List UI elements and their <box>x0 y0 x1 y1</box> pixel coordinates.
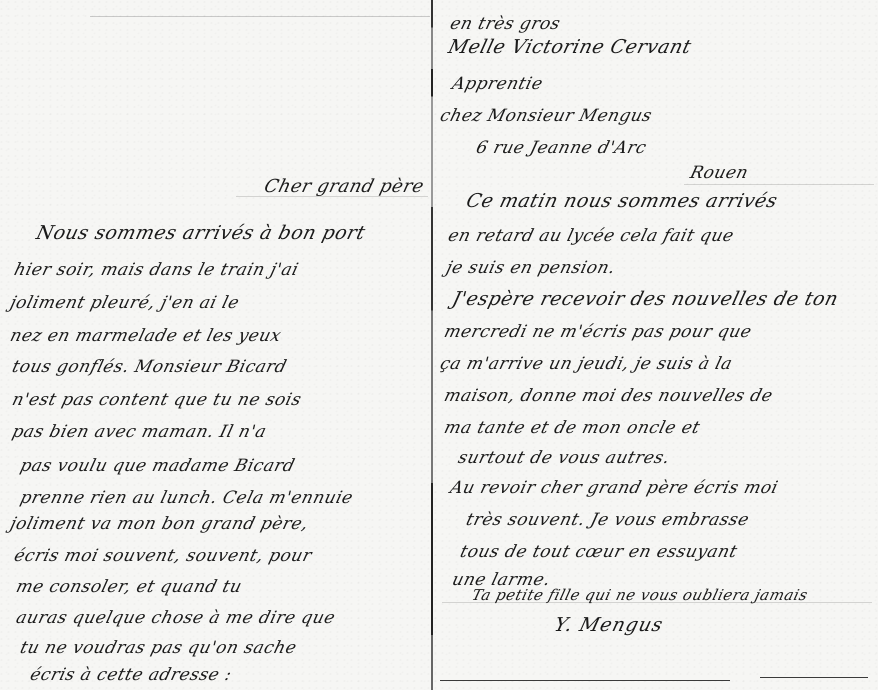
address-line: Melle Victorine Cervant <box>446 36 694 58</box>
letter-line: Au revoir cher grand père écris moi <box>448 478 780 498</box>
address-line: en très gros <box>448 14 563 34</box>
letter-line: pas bien avec maman. Il n'a <box>10 422 269 442</box>
letter-line: je suis en pension. <box>444 258 618 278</box>
letter-line: Ce matin nous sommes arrivés <box>464 190 780 212</box>
letter-line: en retard au lycée cela fait que <box>446 226 736 246</box>
address-line: chez Monsieur Mengus <box>438 106 654 126</box>
letter-line: tu ne voudras pas qu'on sache <box>18 638 299 658</box>
address-line: 6 rue Jeanne d'Arc <box>474 138 649 158</box>
address-line: Apprentie <box>450 74 545 94</box>
letter-line: mercredi ne m'écris pas pour que <box>442 322 754 342</box>
salutation: Cher grand père <box>262 176 426 197</box>
page-fold-divider <box>431 0 433 690</box>
signature: Y. Mengus <box>552 614 666 636</box>
letter-line: très souvent. Je vous embrasse <box>464 510 751 530</box>
letter-line: joliment pleuré, j'en ai le <box>8 293 241 313</box>
letter-line: surtout de vous autres. <box>456 448 672 468</box>
closing-line: Ta petite fille qui ne vous oubliera jam… <box>470 586 810 604</box>
letter-line: écris à cette adresse : <box>28 665 234 685</box>
letter-line: hier soir, mais dans le train j'ai <box>12 260 301 280</box>
letter-line: maison, donne moi des nouvelles de <box>442 386 775 406</box>
letter-line: joliment va mon bon grand père, <box>8 514 310 534</box>
letter-line: ça m'arrive un jeudi, je suis à la <box>438 354 735 374</box>
ruled-line <box>684 184 874 185</box>
letter-line: pas voulu que madame Bicard <box>18 456 297 476</box>
letter-line: n'est pas content que tu ne sois <box>10 390 304 410</box>
letter-line: auras quelque chose à me dire que <box>14 608 337 628</box>
letter-line: écris moi souvent, souvent, pour <box>12 546 314 566</box>
letter-line: nez en marmelade et les yeux <box>8 326 283 346</box>
left-page: Cher grand père Nous sommes arrivés à bo… <box>0 0 431 690</box>
scanned-letter: Cher grand père Nous sommes arrivés à bo… <box>0 0 878 690</box>
letter-line: tous de tout cœur en essuyant <box>458 542 739 562</box>
bottom-rule <box>760 677 868 678</box>
letter-line: J'espère recevoir des nouvelles de ton <box>450 288 841 310</box>
right-page: en très gros Melle Victorine Cervant App… <box>434 0 878 690</box>
letter-line: ma tante et de mon oncle et <box>442 418 702 438</box>
letter-line: Nous sommes arrivés à bon port <box>34 222 368 244</box>
bottom-rule <box>440 680 730 681</box>
address-line: Rouen <box>688 163 750 183</box>
letter-line: tous gonflés. Monsieur Bicard <box>10 357 289 377</box>
letter-line: prenne rien au lunch. Cela m'ennuie <box>18 488 355 508</box>
letter-line: me consoler, et quand tu <box>14 577 244 597</box>
